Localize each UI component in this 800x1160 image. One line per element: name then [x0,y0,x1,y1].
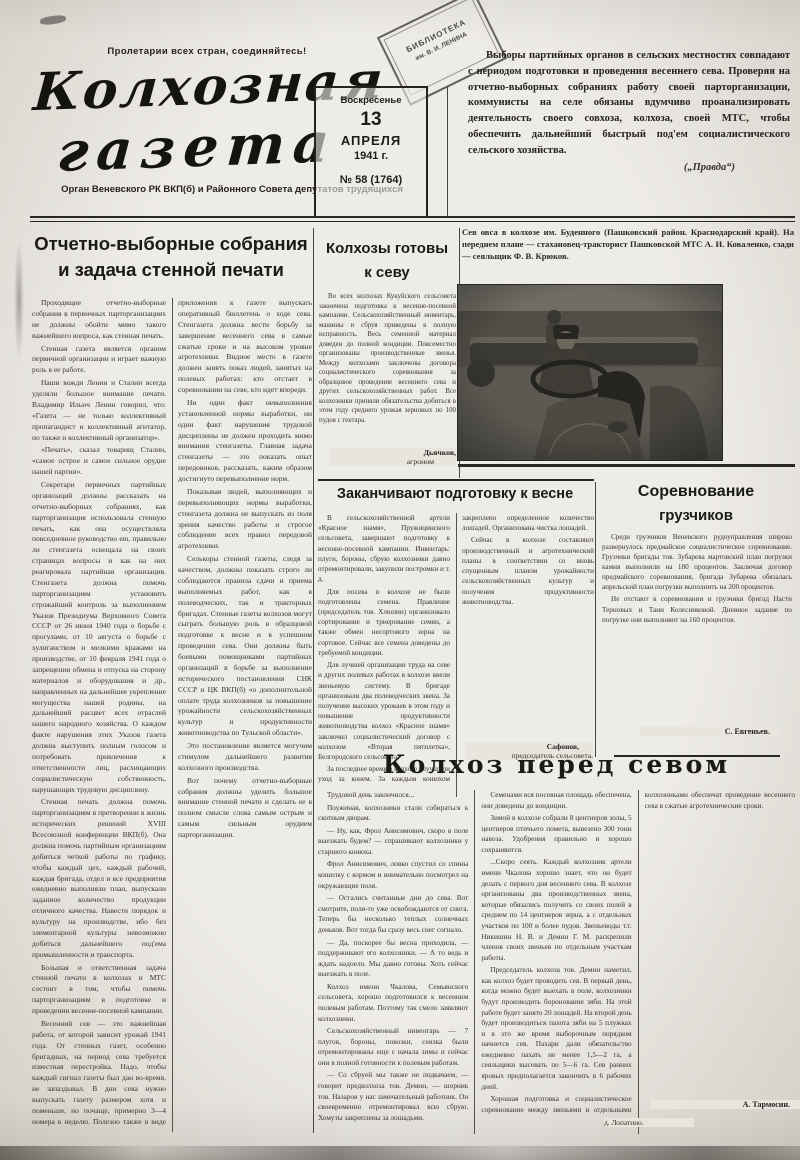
headline-zakanchivayut: Заканчивают подготовку к весне [316,486,594,502]
headline-gotovy-line2: к севу [318,261,456,285]
headline-gotovy: Колхозы готовы к севу [318,237,456,285]
date-month: АПРЕЛЯ [316,133,426,148]
paragraph: Секретари первичных партийных организаци… [32,480,166,795]
paragraph: «Печать», сказал товарищ Сталин, «самое … [32,445,166,478]
issue-number: № 58 (1764) [316,174,426,186]
pravda-quote-text: Выборы партийных органов в сельских мест… [468,48,790,158]
paragraph: ...Скоро сеять. Каждый колхозник артели … [481,857,631,963]
photo-sev-ovsa [458,285,722,460]
article-sorevnovanie-body: Среди грузчиков Веневского рудоуправлени… [602,532,792,722]
paragraph: В сельскохозяйственной артели «Красное з… [318,513,450,585]
paragraph: Селькоры стенной газеты, следя за качест… [178,554,312,739]
masthead-vertical-rule [447,86,448,218]
masthead-divider-top [30,216,795,218]
newspaper-page: Пролетарии всех стран, соединяйтесь! Кол… [0,0,800,1160]
paragraph: — Ну, как, Фрол Анисимович, скоро в поле… [318,826,468,858]
paragraph: Сейчас в колхозе составляют производстве… [462,535,594,607]
column-rule-middle-band [595,482,596,757]
paragraph: Для посева в колхозе не были подготовлен… [318,587,450,659]
paragraph: Большая и ответственная задача стенной п… [32,963,166,1017]
scan-artifact-left-edge [14,240,24,360]
paragraph: Не отстают в соревновании и грузчики бри… [602,594,792,624]
paragraph: Показывая людей, выполняющих и перевыпол… [178,487,312,552]
paragraph: Ни один факт невыполнения установленной … [178,398,312,485]
scan-artifact-speck [40,14,67,26]
article-stennaya-body: Проходящие отчетно-выборные собрания в п… [32,298,312,1132]
date-year: 1941 г. [316,150,426,162]
paragraph: Зимой в колхозе собрали 8 центнеров золы… [481,813,631,855]
pravda-quote-attribution: („Правда“) [468,162,790,173]
headline-pered-sevom: Колхоз перед севом [318,750,795,779]
pravda-quote: Выборы партийных органов в сельских мест… [468,48,790,173]
paragraph: Трудовой день закончился... [318,790,468,801]
photo-halftone-illustration [458,285,722,460]
signature-sorevnovanie: С. Евгеньев. [640,727,780,736]
paragraph: Это постановление является могучим стиму… [178,741,312,774]
date-box: Воскресенье 13 АПРЕЛЯ 1941 г. № 58 (1764… [314,86,428,218]
paragraph: Среди грузчиков Веневского рудоуправлени… [602,532,792,592]
paragraph: Стенная газета является органом первично… [32,344,166,377]
paragraph: — Да, поскорее бы весна приходила, — под… [318,938,468,980]
signature-gotovy-name: Дьячков, [330,448,456,457]
date-weekday: Воскресенье [316,95,426,106]
paragraph: Во всех колхозах Кукуйского сельсовета з… [319,292,456,425]
paragraph: Стенная печать должна помочь парторганиз… [32,797,166,960]
masthead-divider-bottom [30,221,795,222]
article-pered-sevom-body: Трудовой день закончился...Поужинав, кол… [318,790,795,1134]
date-day: 13 [316,109,426,131]
signature-gotovy-role: агроном [330,457,456,466]
paragraph: Семенами вся посевная площадь обеспечена… [481,790,631,811]
signature-pered-sevom: А. Тармосин. [650,1100,800,1109]
column-rule-left [313,228,314,1133]
paragraph: Для лучшей организации труда на севе и д… [318,660,450,762]
headline-sorevnovanie-line1: Соревнование [600,483,792,501]
signature-gotovy: Дьячков, агроном [330,448,456,466]
headline-stennaya-line1: Отчетно-выборные собрания [30,231,312,257]
photo-caption: Сев овса в колхозе им. Буденного (Пашков… [462,226,794,263]
headline-stennaya-line2: и задача стенной печати [30,257,312,283]
paragraph: — Остались считанные дни до сева. Вот см… [318,893,468,935]
paragraph: Колхоз имени Чкалова, Семьянского сельсо… [318,982,468,1024]
paragraph: Поужинав, колхозники стали собираться к … [318,803,468,824]
article-gotovy-body: Во всех колхозах Кукуйского сельсовета з… [319,292,456,450]
headline-sorevnovanie-line2: грузчиков [600,507,792,524]
paragraph: Вот почему отчетно-выборные собрания дол… [178,776,312,841]
headline-stennaya: Отчетно-выборные собрания и задача стенн… [30,231,312,283]
headline-gotovy-line1: Колхозы готовы [318,237,456,261]
paragraph: Председатель колхоза тов. Демин наметил,… [481,965,631,1092]
newspaper-title-line2: газета [55,109,339,184]
paragraph: Фрол Анисимович, ловко спустил со спины … [318,859,468,891]
paragraph: Проходящие отчетно-выборные собрания в п… [32,298,166,342]
place-pered-sevom: д. Лопатино. [604,1118,694,1127]
scan-artifact-bottom [0,1146,800,1160]
paragraph: Сельскохозяйственный инвентарь — 7 плуго… [318,1026,468,1068]
photo-bottom-rule [458,464,795,467]
section-divider-gotovy [318,479,594,481]
paragraph: — Со сбруей мы также не подкачаем, — гов… [318,1070,468,1123]
paragraph: Наши вожди Ленин и Сталин всегда уделяли… [32,378,166,443]
